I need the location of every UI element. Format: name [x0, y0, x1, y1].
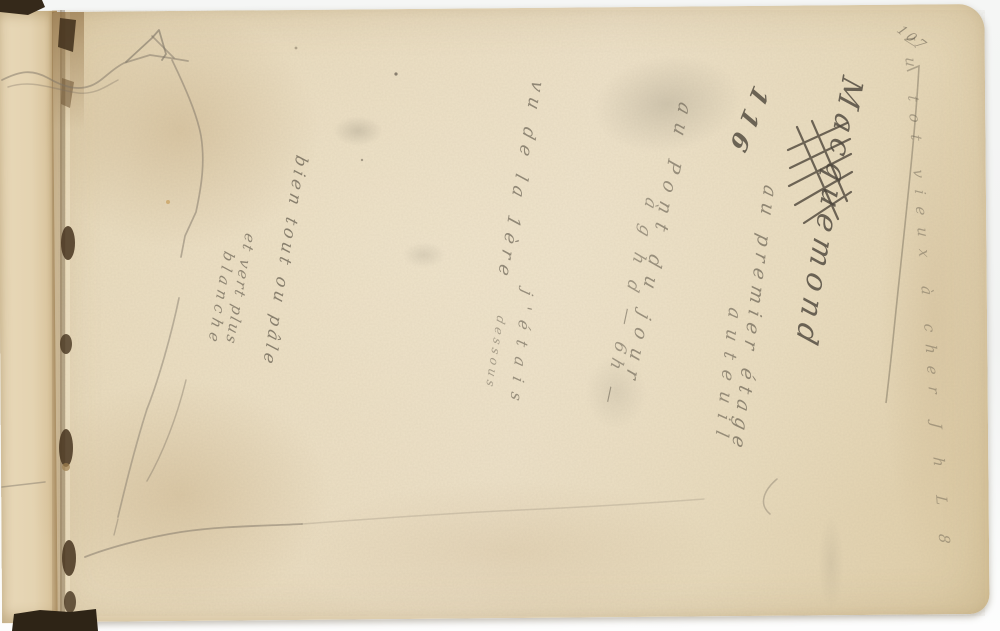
note-line-6: j'étais: [507, 288, 535, 413]
number-116: 116: [723, 82, 772, 163]
sketchbook-scan: 107Vu tot vieux à cher J h L 8Macquemond…: [0, 0, 1000, 631]
handwriting-layer: 107Vu tot vieux à cher J h L 8Macquemond…: [0, 0, 1000, 631]
color-note-1: bien tout ou pâle: [259, 153, 309, 369]
artist-name: Macquemond: [789, 73, 866, 355]
note-line-5: vu de la 1ère: [493, 78, 546, 284]
note-line-7: dessous: [484, 314, 507, 391]
margin-note: Vu tot vieux à cher J h L 8: [901, 35, 952, 556]
